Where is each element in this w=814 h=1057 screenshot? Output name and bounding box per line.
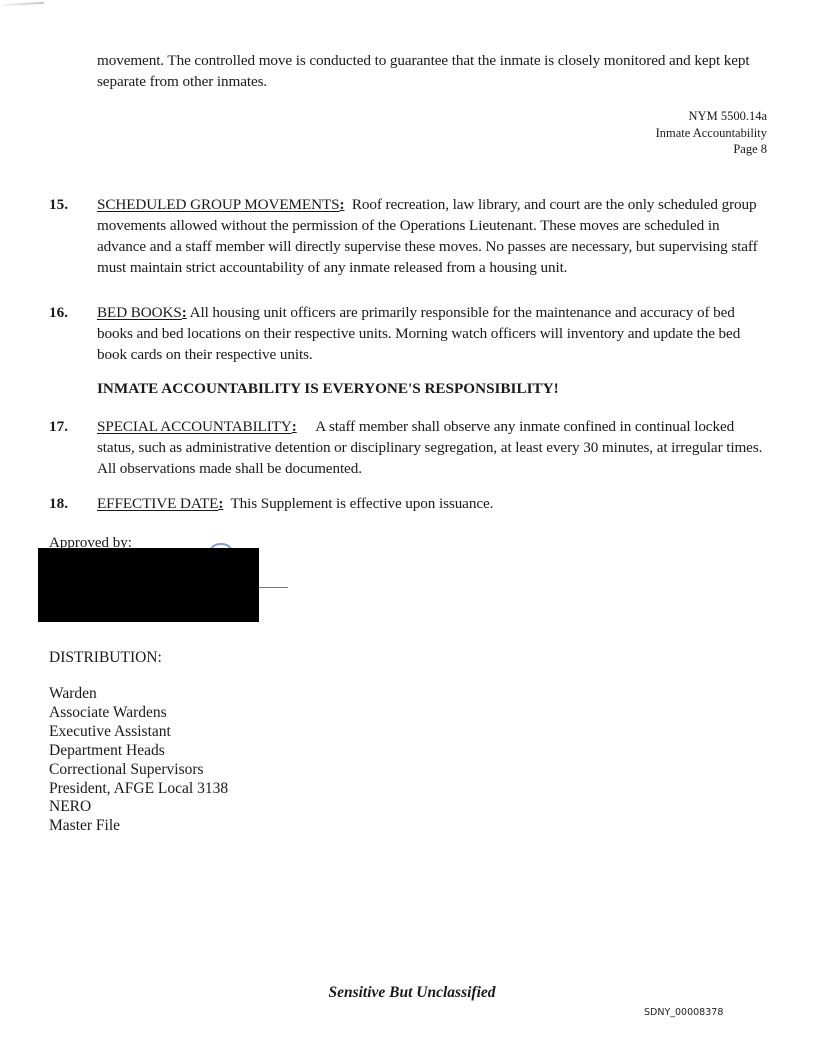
distribution-recipient: Associate Wardens bbox=[49, 704, 228, 723]
accountability-slogan: INMATE ACCOUNTABILITY IS EVERYONE'S RESP… bbox=[97, 378, 559, 399]
doc-title: Inmate Accountability bbox=[656, 125, 767, 142]
section-text: This Supplement is effective upon issuan… bbox=[230, 495, 493, 512]
section-18: 18. EFFECTIVE DATE: This Supplement is e… bbox=[49, 493, 764, 514]
section-heading: SPECIAL ACCOUNTABILITY bbox=[97, 418, 292, 435]
scan-artifact bbox=[2, 2, 44, 6]
distribution-recipient: President, AFGE Local 3138 bbox=[49, 780, 228, 799]
section-text: All housing unit officers are primarily … bbox=[97, 304, 740, 363]
distribution-recipient: NERO bbox=[49, 798, 228, 817]
doc-number: NYM 5500.14a bbox=[656, 108, 767, 125]
section-17: 17. SPECIAL ACCOUNTABILITY: A staff memb… bbox=[49, 416, 764, 479]
section-number: 17. bbox=[49, 416, 68, 437]
redaction-box bbox=[38, 548, 259, 622]
section-number: 16. bbox=[49, 302, 68, 323]
classification-marking: Sensitive But Unclassified bbox=[0, 984, 814, 1002]
distribution-recipient: Warden bbox=[49, 685, 228, 704]
distribution-recipient: Department Heads bbox=[49, 742, 228, 761]
section-heading: BED BOOKS bbox=[97, 304, 182, 321]
section-heading: EFFECTIVE DATE bbox=[97, 495, 218, 512]
distribution-list: Warden Associate Wardens Executive Assis… bbox=[49, 685, 228, 836]
section-16: 16. BED BOOKS: All housing unit officers… bbox=[49, 302, 764, 365]
page-number: Page 8 bbox=[656, 141, 767, 158]
section-15: 15. SCHEDULED GROUP MOVEMENTS: Roof recr… bbox=[49, 194, 764, 278]
carryover-paragraph: movement. The controlled move is conduct… bbox=[97, 50, 777, 92]
bates-number: SDNY_00008378 bbox=[644, 1007, 723, 1018]
distribution-title: DISTRIBUTION: bbox=[49, 648, 162, 667]
section-number: 15. bbox=[49, 194, 68, 215]
section-heading: SCHEDULED GROUP MOVEMENTS bbox=[97, 196, 339, 213]
distribution-recipient: Correctional Supervisors bbox=[49, 761, 228, 780]
distribution-recipient: Executive Assistant bbox=[49, 723, 228, 742]
section-number: 18. bbox=[49, 493, 68, 514]
document-reference-header: NYM 5500.14a Inmate Accountability Page … bbox=[656, 108, 767, 158]
distribution-recipient: Master File bbox=[49, 817, 228, 836]
